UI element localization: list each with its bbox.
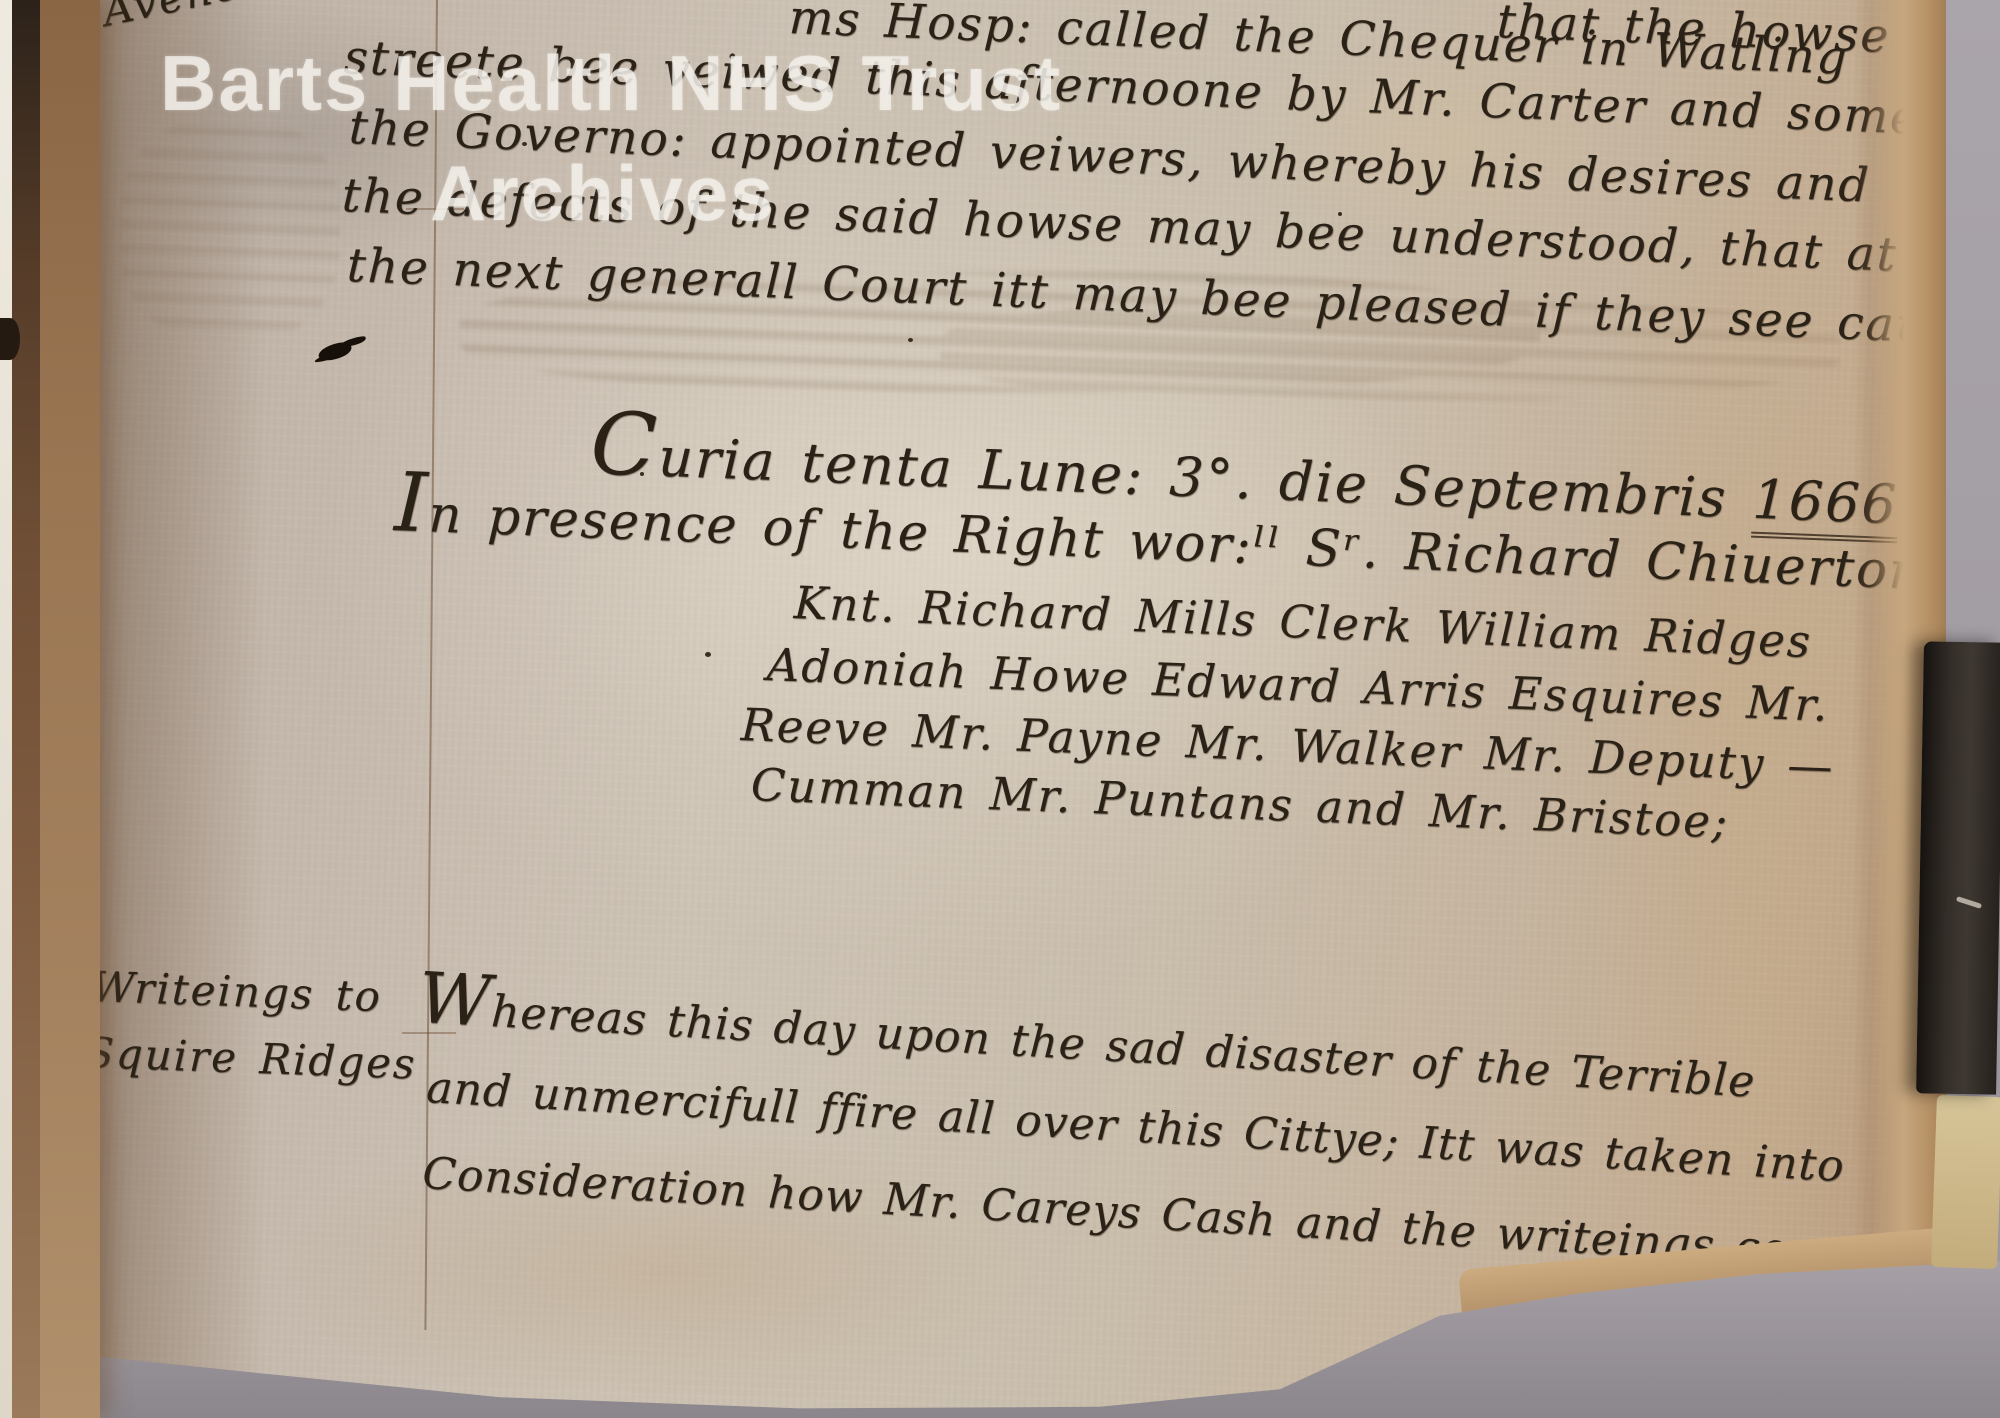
watermark-line2: Archives bbox=[430, 148, 776, 239]
watermark-line1: Barts Health NHS Trust bbox=[160, 38, 1062, 129]
ink-speck bbox=[522, 142, 527, 146]
ink-speck bbox=[640, 472, 644, 476]
book-clasp bbox=[1916, 641, 2000, 1094]
ink-speck bbox=[1338, 212, 1342, 216]
binding-notch bbox=[0, 318, 20, 360]
left-binding-edge bbox=[38, 0, 100, 1418]
ink-speck bbox=[705, 652, 711, 657]
left-page-sliver bbox=[0, 0, 12, 1418]
gutter-shadow bbox=[96, 0, 266, 1418]
margin-note-writeings: Writeings to bbox=[90, 962, 383, 1021]
ink-speck bbox=[908, 338, 913, 342]
left-binding-gutter bbox=[10, 0, 40, 1418]
archive-photo: Avenor that the howse ms Hosp: called th… bbox=[0, 0, 2000, 1418]
paper-tab bbox=[1931, 1095, 2000, 1269]
